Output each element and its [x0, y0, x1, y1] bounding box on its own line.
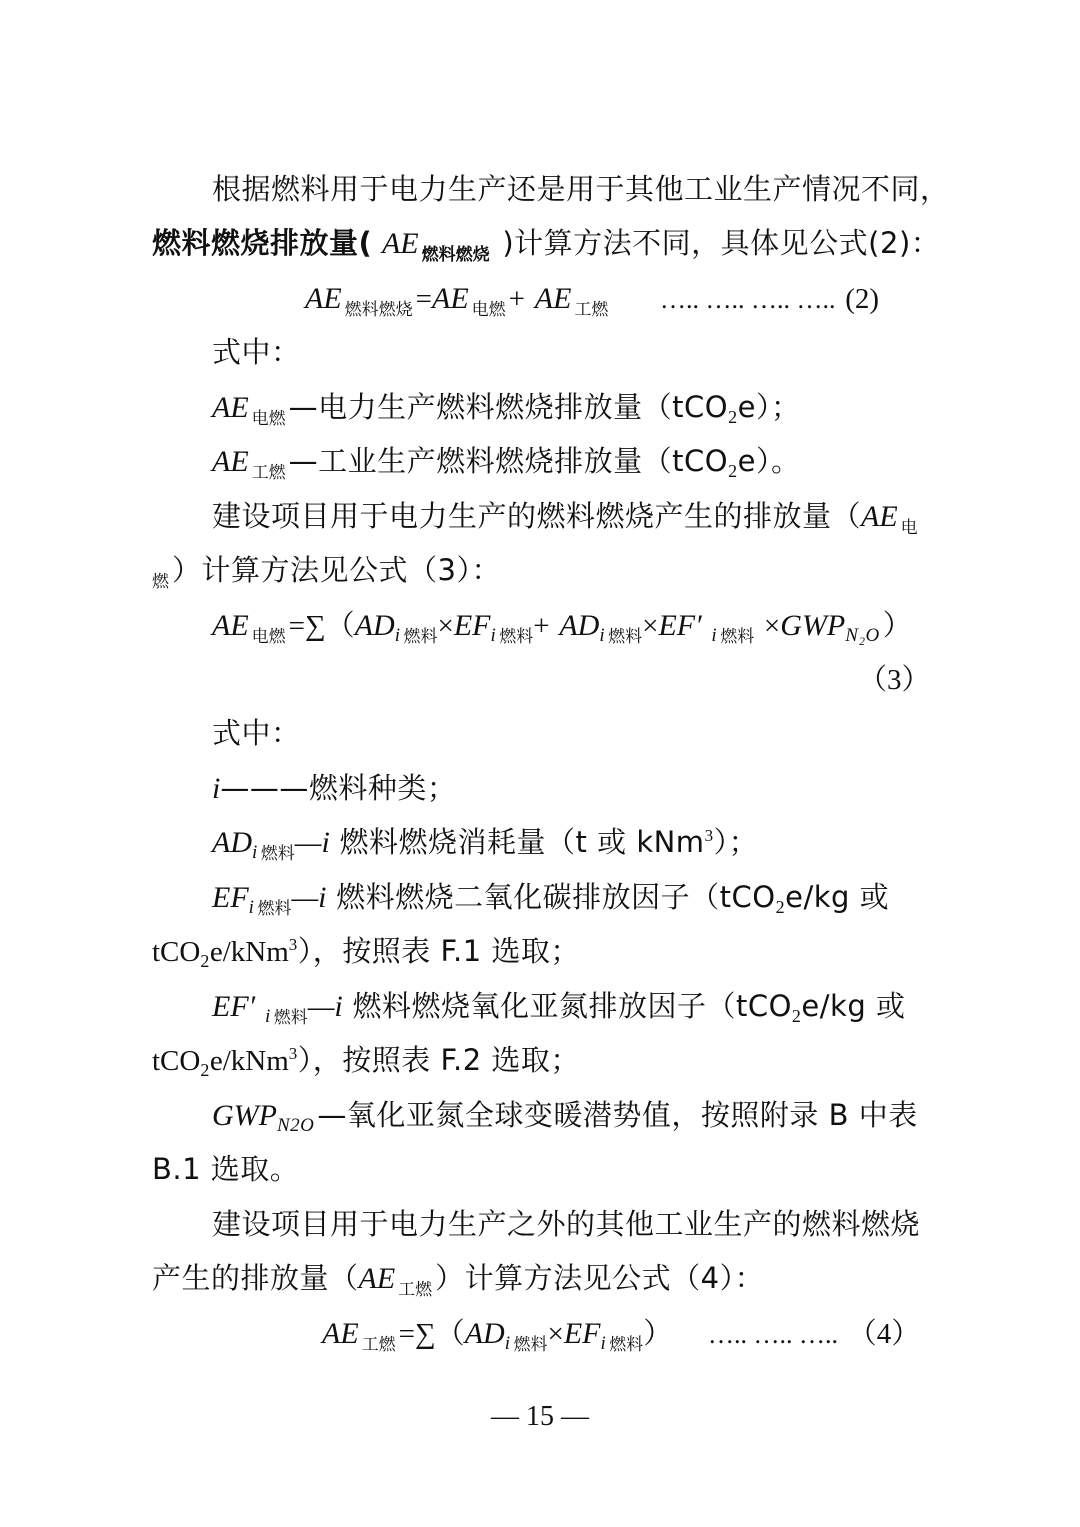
equation-number: （4）	[848, 1318, 921, 1350]
subscript-i: i	[600, 1333, 606, 1354]
times: ×	[764, 610, 780, 642]
formula-2-number: ….. ….. ….. ….. (2)	[660, 278, 879, 320]
subscript: 燃料	[274, 1008, 308, 1028]
symbol-ad: AD	[465, 1317, 505, 1350]
text: ），按照表 F.1 选取；	[298, 934, 580, 968]
superscript: 3	[289, 935, 298, 954]
symbol-ad: AD	[355, 609, 395, 642]
text: 燃料燃烧氧化亚氮排放因子（tCO	[343, 989, 792, 1023]
definition-ef-line1: EFi燃料—i 燃料燃烧二氧化碳排放因子（tCO2e/kg 或	[212, 877, 889, 922]
text: e/kg 或	[801, 989, 905, 1023]
subscript: 工燃	[574, 300, 608, 320]
subscript: 2	[792, 1006, 802, 1026]
paren: ）	[643, 1318, 672, 1350]
subscript-i: i	[265, 1006, 271, 1027]
text: ）；	[714, 825, 759, 859]
subscript-i: i	[490, 625, 496, 646]
subscript: 燃料	[513, 1335, 547, 1355]
symbol-ef: EF	[564, 1317, 601, 1350]
text: ），按照表 F.2 选取；	[298, 1043, 580, 1077]
paragraph-elec-line2: 燃）计算方法见公式（3）：	[152, 550, 501, 595]
equation-number: (2)	[845, 283, 879, 315]
text: 燃料燃烧消耗量（t 或 kNm	[330, 825, 705, 859]
definition-gwp-line2: B.1 选取。	[152, 1149, 299, 1189]
subscript: 电燃	[252, 409, 286, 429]
formula-4-number: ….. ….. ….. （4）	[708, 1313, 920, 1355]
text: e/kNm	[210, 1045, 289, 1077]
subscript-i: i	[505, 1333, 511, 1354]
subscript: 燃料	[720, 627, 754, 647]
page-number: — 15 —	[0, 1401, 1080, 1433]
symbol: AE	[212, 445, 249, 478]
subscript: 燃料	[257, 899, 291, 919]
subscript: 2	[200, 1060, 210, 1080]
text: —i	[308, 990, 343, 1023]
definition-ad: ADi燃料—i 燃料燃烧消耗量（t 或 kNm3）；	[212, 822, 758, 867]
text: —电力生产燃料燃烧排放量（tCO	[289, 390, 728, 424]
paragraph-elec-line1: 建设项目用于电力生产的燃料燃烧产生的排放量（AE电	[212, 496, 921, 541]
where-label: 式中：	[212, 713, 301, 753]
text: —氧化亚氮全球变暖潜势值，按照附录 B 中表	[317, 1098, 917, 1132]
symbol: EF	[212, 881, 249, 914]
text: )计算方法不同，具体见公式(2)：	[502, 226, 940, 260]
symbol-ef-prime: EF′	[658, 609, 701, 642]
formula-3: AE电燃=∑（ADi燃料×EFi燃料+ ADi燃料×EF′ i燃料 ×GWPN₂…	[212, 605, 912, 650]
definition-gwp-line1: GWPN2O—氧化亚氮全球变暖潜势值，按照附录 B 中表	[212, 1095, 918, 1140]
subscript: 电燃	[252, 627, 286, 647]
times: ×	[642, 610, 658, 642]
subscript: 工燃	[398, 1280, 432, 1300]
subscript-i: i	[252, 842, 258, 863]
paren: ）	[883, 610, 912, 642]
text: e）；	[738, 390, 801, 424]
subscript: 燃料	[261, 844, 295, 864]
definition-ef-line2: tCO2e/kNm3），按照表 F.1 选取；	[152, 931, 580, 976]
formula-3-number: （3）	[858, 659, 931, 700]
subscript: 燃料	[609, 1335, 643, 1355]
equation-number: （3）	[858, 664, 931, 696]
formula-2: AE燃料燃烧=AE电燃+ AE工燃	[305, 278, 611, 323]
definition-i: i———燃料种类；	[212, 768, 456, 809]
subscript: 燃料燃烧	[345, 300, 413, 320]
leader-dots: ….. ….. …..	[708, 1320, 838, 1349]
paragraph-ind-line1: 建设项目用于电力生产之外的其他工业生产的燃料燃烧	[212, 1204, 920, 1244]
subscript-i: i	[249, 897, 255, 918]
definition-ef-prime-line2: tCO2e/kNm3），按照表 F.2 选取；	[152, 1040, 580, 1085]
plus: +	[509, 283, 525, 315]
symbol-ae: AE	[212, 609, 249, 642]
subscript: 燃料燃烧	[422, 245, 490, 265]
text: —i	[291, 881, 326, 914]
text: —工业生产燃料燃烧排放量（tCO	[289, 444, 728, 478]
plus: +	[533, 610, 549, 642]
subscript: N₂O	[845, 625, 880, 646]
symbol-ae: AE	[382, 227, 419, 260]
bold-term: 燃料燃烧排放量(	[152, 226, 372, 260]
formula-4: AE工燃=∑（ADi燃料×EFi燃料）	[322, 1313, 672, 1358]
text: —i	[295, 826, 330, 859]
superscript: 3	[705, 826, 714, 845]
symbol-ae: AE	[861, 500, 898, 533]
paragraph-ind-line2: 产生的排放量（AE工燃）计算方法见公式（4）：	[152, 1258, 764, 1303]
subscript: 燃料	[403, 627, 437, 647]
paragraph-intro-line2: 燃料燃烧排放量( AE燃料燃烧 )计算方法不同，具体见公式(2)：	[152, 223, 940, 268]
equals: =	[416, 283, 432, 315]
symbol-ae: AE	[322, 1317, 359, 1350]
subscript-i: i	[599, 625, 605, 646]
text: e）。	[738, 444, 801, 478]
symbol: GWP	[212, 1099, 277, 1132]
sum-operator: =∑（	[289, 610, 355, 642]
text: ———燃料种类；	[220, 771, 456, 805]
definition-ae-ind: AE工燃—工业生产燃料燃烧排放量（tCO2e）。	[212, 441, 800, 486]
text: tCO	[152, 1045, 200, 1077]
symbol: AE	[212, 391, 249, 424]
subscript: 电	[901, 518, 918, 538]
symbol-ef: EF	[454, 609, 491, 642]
superscript: 3	[289, 1044, 298, 1063]
subscript: 2	[200, 951, 210, 971]
subscript-i: i	[395, 625, 401, 646]
subscript: 2	[728, 461, 738, 481]
symbol: AD	[212, 826, 252, 859]
text: e/kNm	[210, 936, 289, 968]
times: ×	[437, 610, 453, 642]
subscript: 工燃	[252, 463, 286, 483]
sum-operator: =∑（	[399, 1318, 465, 1350]
text: 产生的排放量（	[152, 1261, 359, 1295]
subscript-i: i	[711, 625, 717, 646]
text: 建设项目用于电力生产的燃料燃烧产生的排放量（	[212, 499, 861, 533]
leader-dots: ….. ….. ….. …..	[660, 285, 836, 314]
symbol-ae: AE	[359, 1262, 396, 1295]
subscript: 2	[728, 407, 738, 427]
where-label: 式中：	[212, 332, 301, 372]
document-page: 根据燃料用于电力生产还是用于其他工业生产情况不同， 燃料燃烧排放量( AE燃料燃…	[0, 0, 1080, 1527]
text: e/kg 或	[785, 880, 889, 914]
symbol-ae: AE	[432, 282, 469, 315]
text: tCO	[152, 936, 200, 968]
subscript: 2	[776, 897, 786, 917]
symbol: EF′	[212, 990, 255, 1023]
text: ）计算方法见公式（4）：	[435, 1261, 764, 1295]
subscript: 电燃	[472, 300, 506, 320]
symbol-ae: AE	[535, 282, 572, 315]
times: ×	[547, 1318, 563, 1350]
definition-ef-prime-line1: EF′ i燃料—i 燃料燃烧氧化亚氮排放因子（tCO2e/kg 或	[212, 986, 905, 1031]
text: ）计算方法见公式（3）：	[172, 553, 501, 587]
subscript: 燃料	[499, 627, 533, 647]
subscript: 工燃	[362, 1335, 396, 1355]
definition-ae-elec: AE电燃—电力生产燃料燃烧排放量（tCO2e）；	[212, 387, 800, 432]
paragraph-intro-line1: 根据燃料用于电力生产还是用于其他工业生产情况不同，	[212, 169, 950, 209]
subscript: 燃	[152, 572, 169, 592]
subscript: 燃料	[608, 627, 642, 647]
symbol-ad: AD	[559, 609, 599, 642]
text: 根据燃料用于电力生产还是用于其他工业生产情况不同，	[212, 172, 950, 206]
text: 燃料燃烧二氧化碳排放因子（tCO	[326, 880, 775, 914]
subscript: N2O	[277, 1115, 314, 1136]
symbol-ae: AE	[305, 282, 342, 315]
symbol-gwp: GWP	[780, 609, 845, 642]
